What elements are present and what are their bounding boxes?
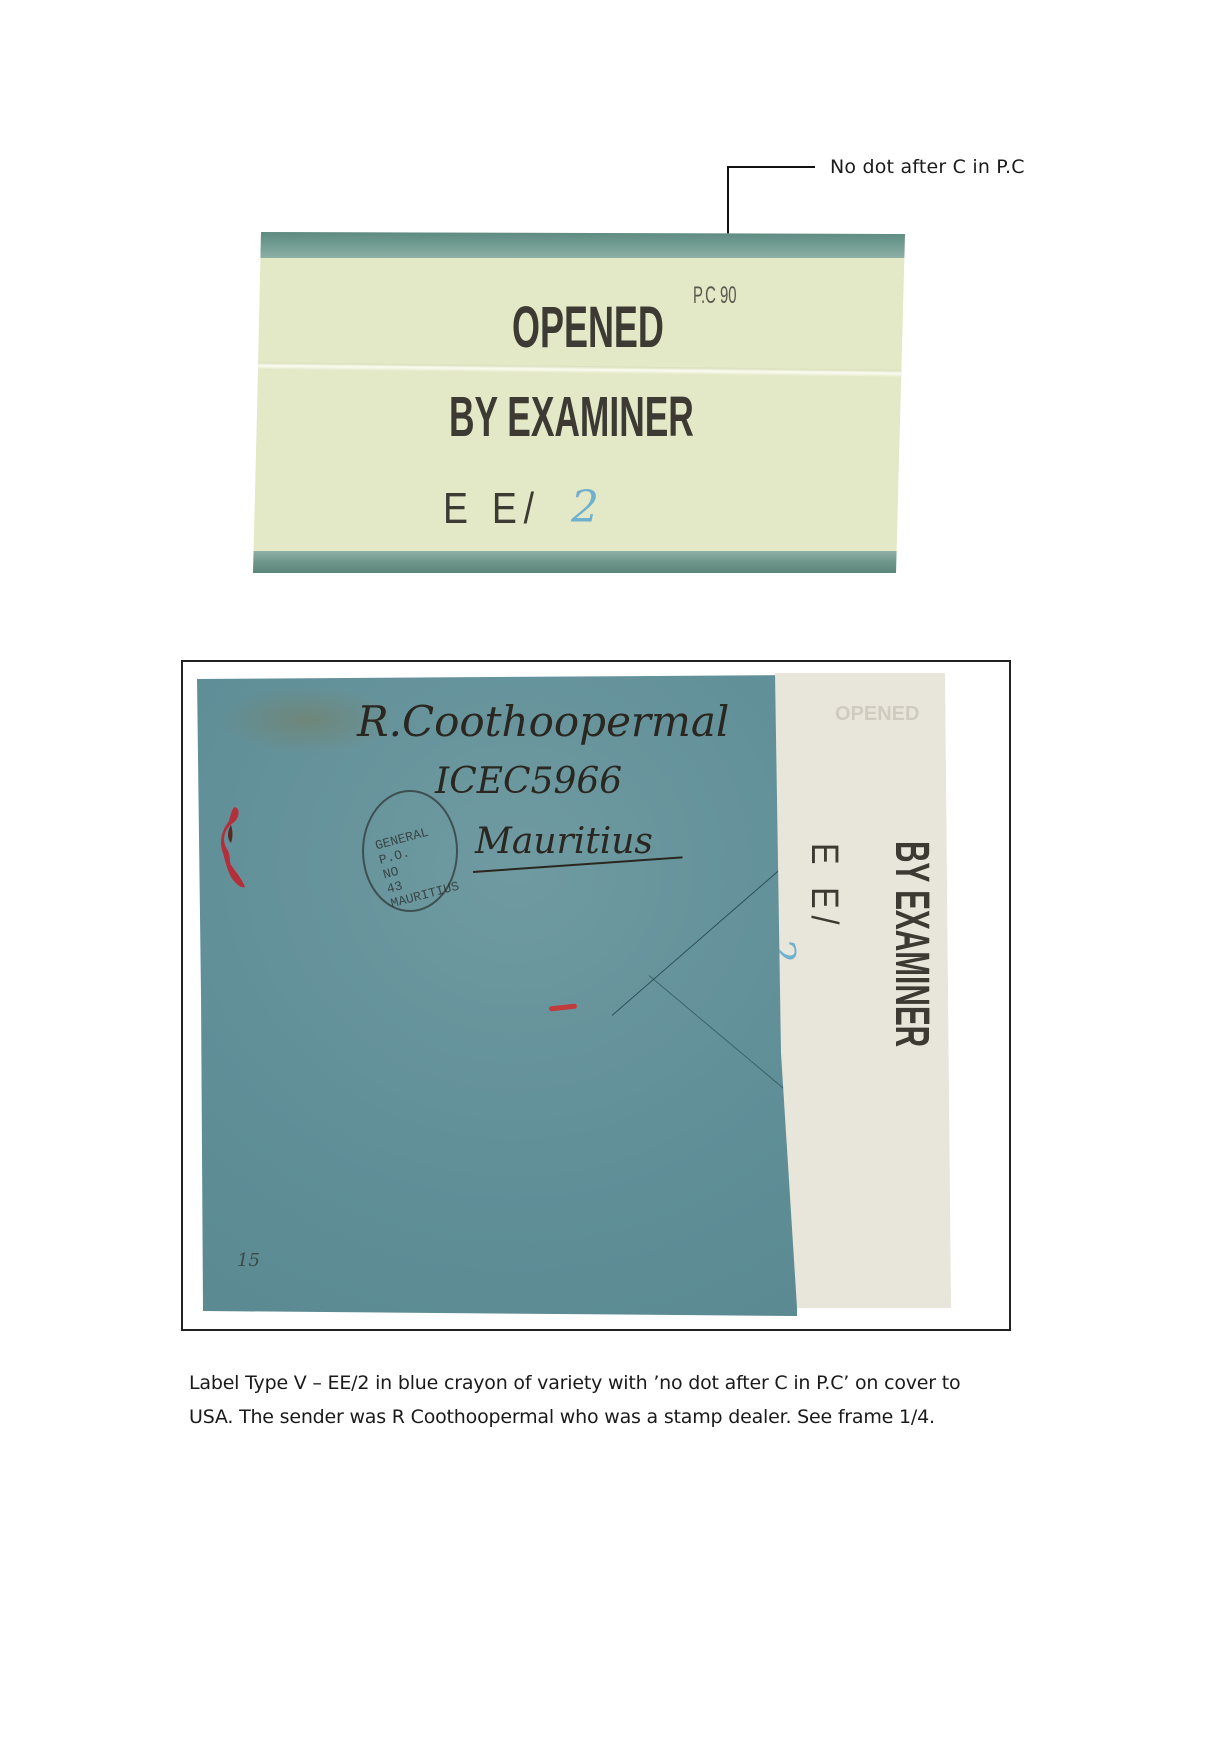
annotation-arrow-horizontal: [727, 166, 815, 168]
caption-line: USA. The sender was R Coothoopermal who …: [189, 1400, 1009, 1434]
label-band-bottom: [253, 551, 905, 573]
annotation-label: No dot after C in P.C: [830, 156, 1025, 178]
label-pc-number: P.C 90: [693, 282, 737, 310]
pencil-note: 15: [237, 1250, 260, 1271]
handwritten-code: ICEC5966: [435, 761, 622, 802]
label-fold: [253, 362, 905, 377]
label-examiner-number-crayon: 2: [571, 482, 599, 533]
label-examiner-prefix: E E/: [443, 484, 541, 534]
red-pencil-dash: [549, 1004, 577, 1012]
envelope-flap-line: [649, 975, 795, 1098]
strip-by-examiner-text: BY EXAMINER: [884, 841, 939, 1047]
postmark: GENERAL P.O. NO 43 MAURITIUS: [362, 790, 458, 912]
label-by-examiner-text: BY EXAMINER: [449, 384, 694, 450]
handwritten-place: Mauritius: [475, 821, 653, 862]
strip-show-through-text: OPENED: [835, 703, 919, 726]
label-opened-text: OPENED: [512, 294, 664, 361]
red-wax-mark: [219, 805, 247, 895]
handwritten-sender: R.Coothoopermal: [357, 697, 729, 746]
postmark-text: GENERAL P.O. NO 43 MAURITIUS: [374, 820, 465, 912]
censor-label-photo: P.C 90 OPENED BY EXAMINER E E/ 2: [253, 232, 905, 573]
label-band-top: [253, 232, 905, 258]
caption-line: Label Type V – EE/2 in blue crayon of va…: [189, 1366, 1009, 1400]
caption: Label Type V – EE/2 in blue crayon of va…: [189, 1366, 1009, 1434]
strip-examiner-prefix: E E/: [802, 843, 845, 931]
cover-frame: GENERAL P.O. NO 43 MAURITIUS R.Coothoope…: [181, 660, 1011, 1331]
censor-strip: OPENED BY EXAMINER E E/ 2: [775, 673, 951, 1308]
